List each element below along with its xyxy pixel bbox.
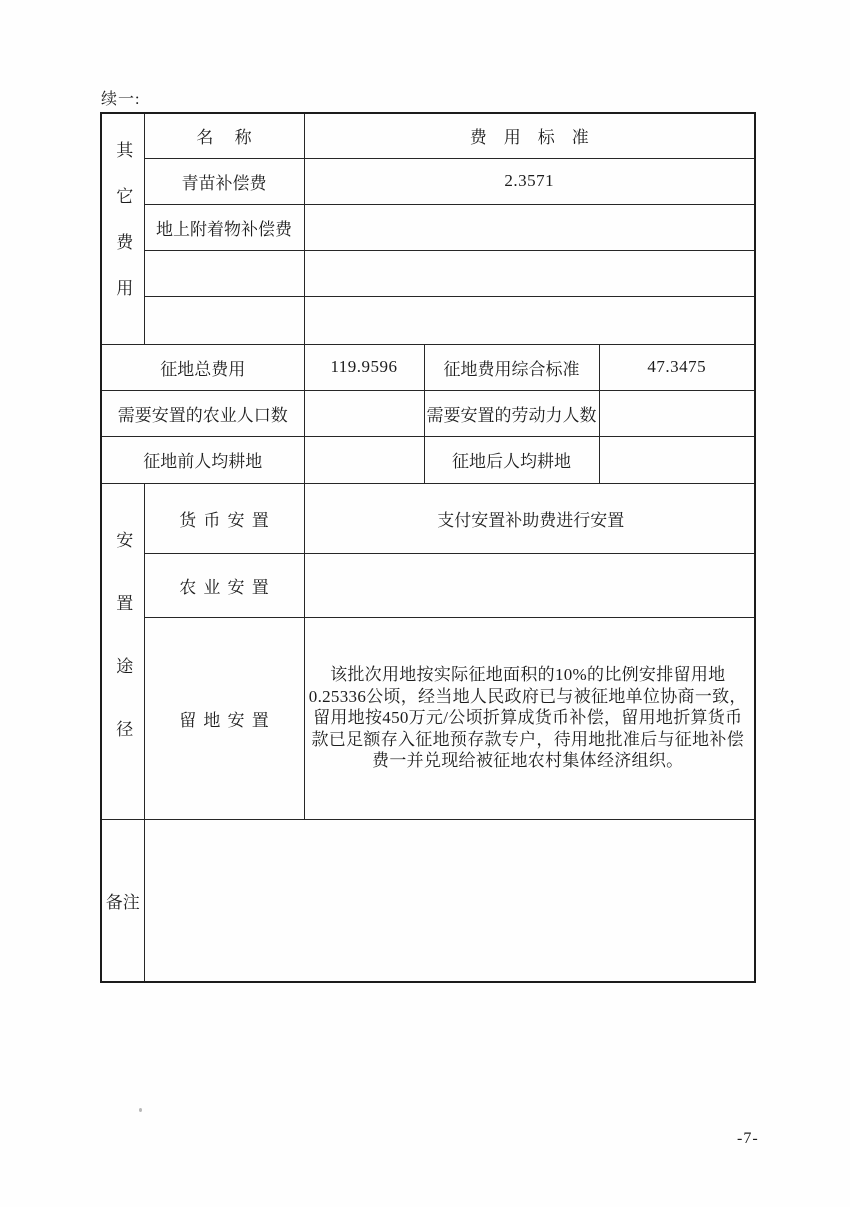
table-row: 留地安置 该批次用地按实际征地面积的10%的比例安排留用地 0.25336公顷，… bbox=[101, 617, 755, 819]
label-farmland-after: 征地后人均耕地 bbox=[424, 436, 599, 483]
column-header-fee-standard: 费用标准 bbox=[304, 113, 755, 158]
label-labor-count: 需要安置的劳动力人数 bbox=[424, 390, 599, 436]
fee-name-empty-2 bbox=[144, 296, 304, 344]
continuation-label: 续一: bbox=[101, 86, 140, 109]
fee-value-empty-1 bbox=[304, 250, 755, 296]
value-farmland-before bbox=[304, 436, 424, 483]
table-row: 地上附着物补偿费 bbox=[101, 204, 755, 250]
content-land-retention-resettlement: 该批次用地按实际征地面积的10%的比例安排留用地 0.25336公顷，经当地人民… bbox=[304, 617, 755, 819]
label-composite-standard: 征地费用综合标准 bbox=[424, 344, 599, 390]
fee-value-attachments bbox=[304, 204, 755, 250]
table-row bbox=[101, 250, 755, 296]
table-row: 备注 bbox=[101, 819, 755, 982]
label-agri-population: 需要安置的农业人口数 bbox=[101, 390, 304, 436]
section-label-resettlement: 安置途径 bbox=[101, 483, 144, 819]
section-label-other-fees: 其它费用 bbox=[101, 113, 144, 344]
document-page: 续一: 其它费用 名称 费用标准 青苗补偿费 2.3571 地上附着物补偿费 bbox=[0, 0, 850, 1207]
content-agricultural-resettlement bbox=[304, 553, 755, 617]
value-agri-population bbox=[304, 390, 424, 436]
label-land-retention-resettlement: 留地安置 bbox=[144, 617, 304, 819]
label-agricultural-resettlement: 农业安置 bbox=[144, 553, 304, 617]
fee-name-young-crops: 青苗补偿费 bbox=[144, 158, 304, 204]
land-acquisition-fee-table: 其它费用 名称 费用标准 青苗补偿费 2.3571 地上附着物补偿费 bbox=[100, 112, 756, 983]
table-row: 安置途径 货币安置 支付安置补助费进行安置 bbox=[101, 483, 755, 553]
value-total-fee: 119.9596 bbox=[304, 344, 424, 390]
page-number: -7- bbox=[737, 1130, 759, 1148]
table-row: 征地总费用 119.9596 征地费用综合标准 47.3475 bbox=[101, 344, 755, 390]
fee-value-empty-2 bbox=[304, 296, 755, 344]
table-row: 青苗补偿费 2.3571 bbox=[101, 158, 755, 204]
content-monetary-resettlement: 支付安置补助费进行安置 bbox=[304, 483, 755, 553]
label-farmland-before: 征地前人均耕地 bbox=[101, 436, 304, 483]
value-farmland-after bbox=[599, 436, 755, 483]
fee-name-attachments: 地上附着物补偿费 bbox=[144, 204, 304, 250]
value-labor-count bbox=[599, 390, 755, 436]
table-row: 征地前人均耕地 征地后人均耕地 bbox=[101, 436, 755, 483]
scan-speck bbox=[139, 1108, 142, 1112]
table-row: 需要安置的农业人口数 需要安置的劳动力人数 bbox=[101, 390, 755, 436]
content-remarks bbox=[144, 819, 755, 982]
column-header-name: 名称 bbox=[144, 113, 304, 158]
label-remarks: 备注 bbox=[101, 819, 144, 982]
value-composite-standard: 47.3475 bbox=[599, 344, 755, 390]
label-total-fee: 征地总费用 bbox=[101, 344, 304, 390]
fee-value-young-crops: 2.3571 bbox=[304, 158, 755, 204]
fee-name-empty-1 bbox=[144, 250, 304, 296]
table-row bbox=[101, 296, 755, 344]
table-row: 其它费用 名称 费用标准 bbox=[101, 113, 755, 158]
table-row: 农业安置 bbox=[101, 553, 755, 617]
label-monetary-resettlement: 货币安置 bbox=[144, 483, 304, 553]
